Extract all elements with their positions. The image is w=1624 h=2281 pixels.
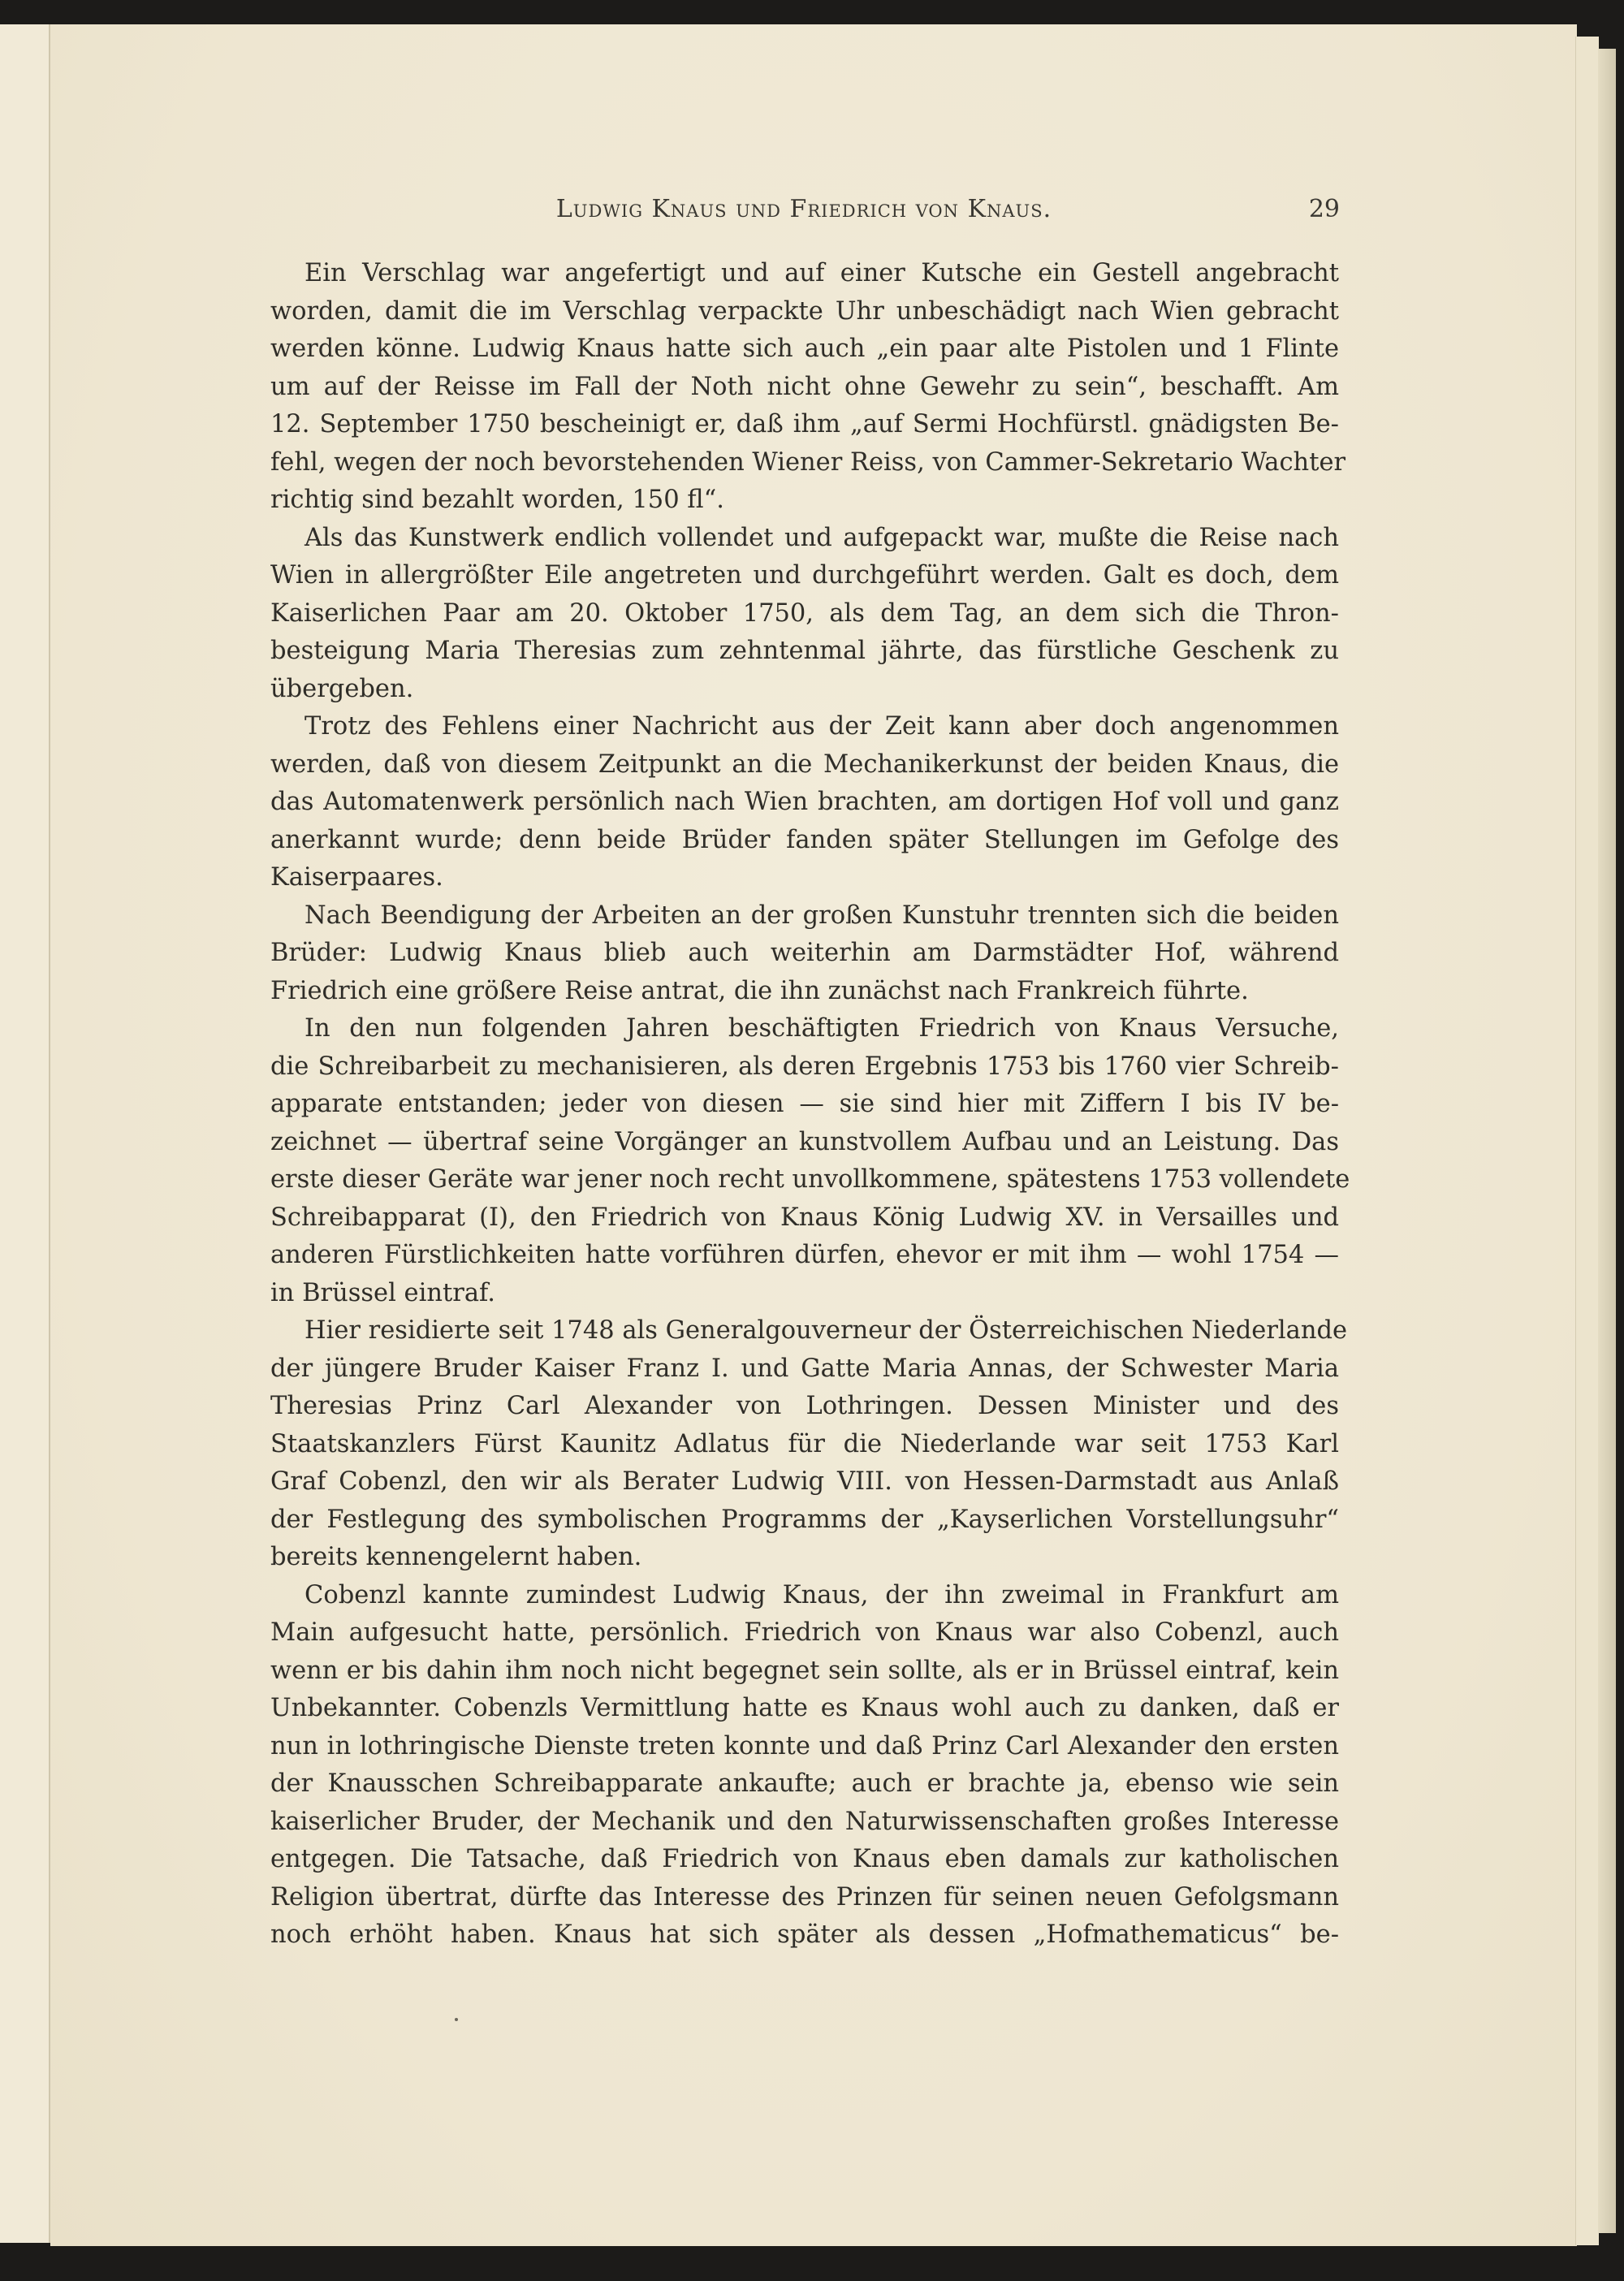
- page-stack-edge-shadow: [1598, 49, 1616, 2233]
- text-line: zeichnet — übertraf seine Vorgänger an k…: [270, 1124, 1339, 1162]
- text-line: übergeben.: [270, 671, 1339, 709]
- text-line: richtig sind bezahlt worden, 150 fl“.: [270, 482, 1339, 520]
- text-line: die Schreibarbeit zu mechanisieren, als …: [270, 1048, 1339, 1086]
- text-line: erste dieser Geräte war jener noch recht…: [270, 1161, 1339, 1199]
- text-line: Brüder: Ludwig Knaus blieb auch weiterhi…: [270, 935, 1339, 973]
- text-line: Nach Beendigung der Arbeiten an der groß…: [270, 897, 1339, 935]
- text-line: bereits kennengelernt haben.: [270, 1539, 1339, 1577]
- text-line: Graf Cobenzl, den wir als Berater Ludwig…: [270, 1463, 1339, 1501]
- text-line: Cobenzl kannte zumindest Ludwig Knaus, d…: [270, 1577, 1339, 1615]
- paragraph: Nach Beendigung der Arbeiten an der groß…: [270, 897, 1339, 1011]
- paragraph: Als das Kunstwerk endlich vollendet und …: [270, 520, 1339, 709]
- text-line: Religion übertrat, dürfte das Interesse …: [270, 1879, 1339, 1917]
- running-title: Ludwig Knaus und Friedrich von Knaus.: [268, 195, 1340, 223]
- text-line: Theresias Prinz Carl Alexander von Lothr…: [270, 1388, 1339, 1426]
- page-stack-edge: [1575, 37, 1599, 2245]
- text-line: der Knausschen Schreibapparate ankaufte;…: [270, 1765, 1339, 1804]
- text-line: 12. September 1750 bescheinigt er, daß i…: [270, 406, 1339, 444]
- text-line: Unbekannter. Cobenzls Vermittlung hatte …: [270, 1690, 1339, 1728]
- text-line: um auf der Reisse im Fall der Noth nicht…: [270, 369, 1339, 407]
- paragraph: Hier residierte seit 1748 als Generalgou…: [270, 1312, 1339, 1577]
- body-text: Ein Verschlag war angefertigt und auf ei…: [270, 255, 1339, 1955]
- text-line: Wien in allergrößter Eile angetreten und…: [270, 557, 1339, 595]
- paragraph: Trotz des Fehlens einer Nachricht aus de…: [270, 708, 1339, 897]
- text-line: entgegen. Die Tatsache, daß Friedrich vo…: [270, 1841, 1339, 1879]
- text-line: der Festlegung des symbolischen Programm…: [270, 1501, 1339, 1540]
- running-head: Ludwig Knaus und Friedrich von Knaus. 29: [268, 195, 1340, 227]
- facing-page-edge: [0, 24, 50, 2243]
- text-line: nun in lothringische Dienste treten konn…: [270, 1728, 1339, 1766]
- text-line: Kaiserpaares.: [270, 859, 1339, 897]
- text-line: Als das Kunstwerk endlich vollendet und …: [270, 520, 1339, 558]
- paragraph: Ein Verschlag war angefertigt und auf ei…: [270, 255, 1339, 520]
- page-number: 29: [1309, 195, 1340, 223]
- text-line: worden, damit die im Verschlag verpackte…: [270, 293, 1339, 331]
- text-line: besteigung Maria Theresias zum zehntenma…: [270, 633, 1339, 671]
- text-line: Schreibapparat (I), den Friedrich von Kn…: [270, 1199, 1339, 1238]
- text-line: Staatskanzlers Fürst Kaunitz Adlatus für…: [270, 1426, 1339, 1464]
- text-line: Hier residierte seit 1748 als Generalgou…: [270, 1312, 1339, 1350]
- text-line: Trotz des Fehlens einer Nachricht aus de…: [270, 708, 1339, 746]
- text-line: in Brüssel eintraf.: [270, 1275, 1339, 1313]
- text-line: werden, daß von diesem Zeitpunkt an die …: [270, 746, 1339, 784]
- text-line: kaiserlicher Bruder, der Mechanik und de…: [270, 1804, 1339, 1842]
- paragraph: In den nun folgenden Jahren beschäftigte…: [270, 1010, 1339, 1312]
- text-line: apparate entstanden; jeder von diesen — …: [270, 1086, 1339, 1124]
- text-line: noch erhöht haben. Knaus hat sich später…: [270, 1916, 1339, 1955]
- text-line: Friedrich eine größere Reise antrat, die…: [270, 973, 1339, 1011]
- text-line: anderen Fürstlichkeiten hatte vorführen …: [270, 1237, 1339, 1275]
- text-line: Ein Verschlag war angefertigt und auf ei…: [270, 255, 1339, 293]
- paper-speck: [455, 2018, 458, 2021]
- text-line: anerkannt wurde; denn beide Brüder fande…: [270, 822, 1339, 860]
- text-line: das Automatenwerk persönlich nach Wien b…: [270, 784, 1339, 822]
- text-line: wenn er bis dahin ihm noch nicht begegne…: [270, 1652, 1339, 1691]
- text-line: werden könne. Ludwig Knaus hatte sich au…: [270, 330, 1339, 369]
- paragraph: Cobenzl kannte zumindest Ludwig Knaus, d…: [270, 1577, 1339, 1955]
- text-line: Kaiserlichen Paar am 20. Oktober 1750, a…: [270, 595, 1339, 633]
- text-line: In den nun folgenden Jahren beschäftigte…: [270, 1010, 1339, 1048]
- text-line: fehl, wegen der noch bevorstehenden Wien…: [270, 444, 1339, 482]
- text-line: der jüngere Bruder Kaiser Franz I. und G…: [270, 1350, 1339, 1389]
- text-line: Main aufgesucht hatte, persönlich. Fried…: [270, 1614, 1339, 1652]
